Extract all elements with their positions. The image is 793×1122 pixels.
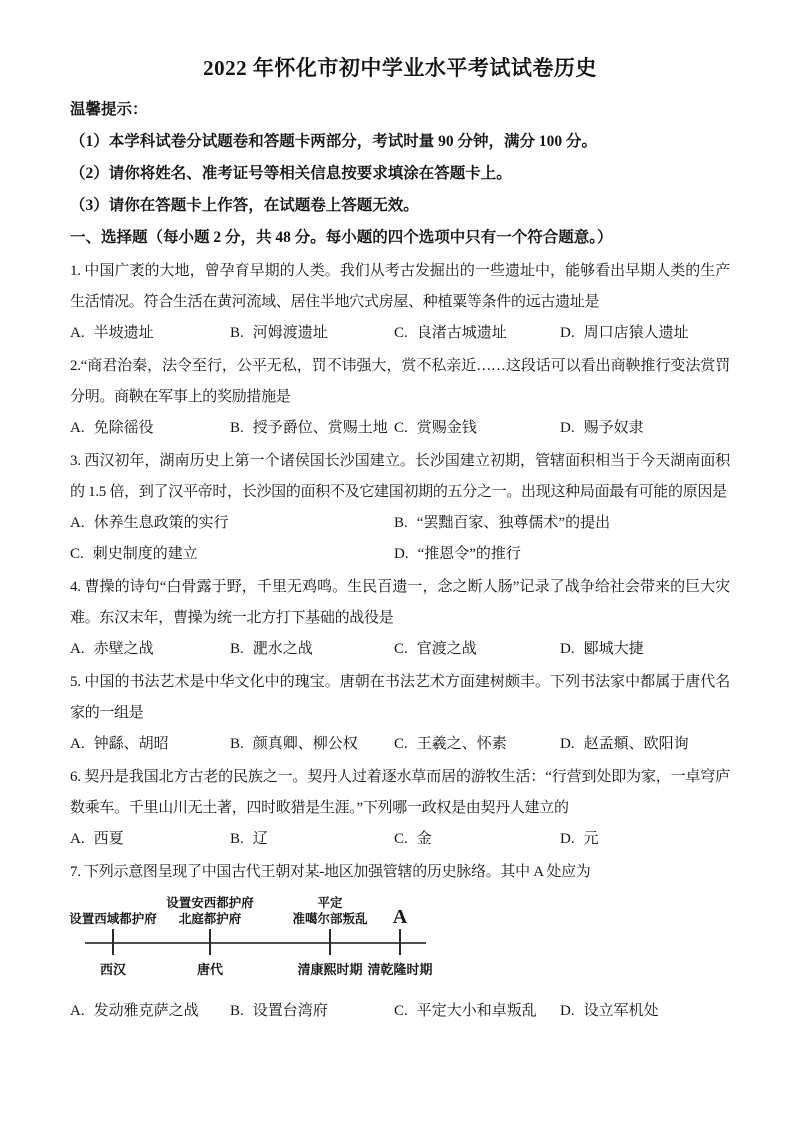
option: A.钟繇、胡昭 [70,729,230,760]
option-text: 河姆渡遗址 [253,318,328,349]
option-label: C. [394,824,408,855]
timeline-top-label: 平定 准噶尔部叛乱 [292,895,367,927]
option: A.西夏 [70,824,230,855]
option-label: B. [230,634,244,665]
notice-item-3: （3）请你在答题卡上作答，在试题卷上答题无效。 [70,190,730,222]
timeline-top-label-line: 平定 [292,895,367,911]
option-label: A. [70,318,85,349]
option-text: 王羲之、怀素 [417,729,507,760]
option-text: 免除徭役 [94,413,154,444]
option-label: B. [230,996,244,1027]
option-text: 辽 [253,824,268,855]
timeline-diagram: 设置西域都护府 设置安西都护府 北庭都护府 平定 准噶尔部叛乱 A 西汉 唐代 … [70,891,730,996]
option-label: B. [230,318,244,349]
question-stem: 7. 下列示意图呈现了中国古代王朝对某-地区加强管辖的历史脉络。其中 A 处应为 [70,857,730,888]
option-text: 赤壁之战 [94,634,154,665]
question-block-1: 1. 中国广袤的大地，曾孕育早期的人类。我们从考古发掘出的一些遗址中，能够看出早… [70,256,730,349]
question-stem: 6. 契丹是我国北方古老的民族之一。契丹人过着逐水草而居的游牧生活：“行营到处即… [70,762,730,824]
option: A.休养生息政策的实行 [70,508,394,539]
option: C.平定大小和卓叛乱 [394,996,560,1027]
option-text: 赐予奴隶 [584,413,644,444]
option: B.设置台湾府 [230,996,394,1027]
option-text: 淝水之战 [253,634,313,665]
options-row: A.休养生息政策的实行 B.“罢黜百家、独尊儒术”的提出 [70,508,730,539]
option-text: 设置台湾府 [253,996,328,1027]
option-text: 刺史制度的建立 [93,539,198,570]
option-label: B. [230,413,244,444]
option-label: C. [394,729,408,760]
option: D.设立军机处 [560,996,730,1027]
option-label: D. [560,634,575,665]
question-block-3: 3. 西汉初年，湖南历史上第一个诸侯国长沙国建立。长沙国建立初期，管辖面积相当于… [70,446,730,570]
question-stem: 1. 中国广袤的大地，曾孕育早期的人类。我们从考古发掘出的一些遗址中，能够看出早… [70,256,730,318]
timeline-tick [329,929,331,955]
notice-item-2: （2）请你将姓名、准考证号等相关信息按要求填涂在答题卡上。 [70,158,730,190]
options-row: A.钟繇、胡昭 B.颜真卿、柳公权 C.王羲之、怀素 D.赵孟頫、欧阳询 [70,729,730,760]
option: D.“推恩令”的推行 [394,539,730,570]
options-row: A.半坡遗址 B.河姆渡遗址 C.良渚古城遗址 D.周口店猿人遗址 [70,318,730,349]
question-block-5: 5. 中国的书法艺术是中华文化中的瑰宝。唐朝在书法艺术方面建树颇丰。下列书法家中… [70,667,730,760]
option: C.赏赐金钱 [394,413,560,444]
option: D.周口店猿人遗址 [560,318,730,349]
option-text: 赏赐金钱 [417,413,477,444]
timeline-top-label-line: 设置安西都护府 [166,895,254,911]
option-label: D. [560,996,575,1027]
option: D.郾城大捷 [560,634,730,665]
option-label: D. [560,318,575,349]
timeline-top-label: 设置西域都护府 [69,911,157,927]
option-label: B. [230,824,244,855]
option-text: 金 [417,824,432,855]
option-text: 颜真卿、柳公权 [253,729,358,760]
option-text: “罢黜百家、独尊儒术”的提出 [417,508,610,539]
option-text: 休养生息政策的实行 [94,508,229,539]
question-block-4: 4. 曹操的诗句“白骨露于野，千里无鸡鸣。生民百遗一，念之断人肠”记录了战争给社… [70,572,730,665]
timeline-axis-line [85,942,426,944]
exam-paper-page: 2022 年怀化市初中学业水平考试试卷历史 温馨提示： （1）本学科试卷分试题卷… [0,0,793,1122]
option-text: 半坡遗址 [94,318,154,349]
option-text: 郾城大捷 [584,634,644,665]
option-label: B. [230,729,244,760]
options-row: A.西夏 B.辽 C.金 D.元 [70,824,730,855]
question-block-2: 2.“商君治秦，法令至行，公平无私，罚不讳强大，赏不私亲近……这段话可以看出商鞅… [70,351,730,444]
option: A.赤壁之战 [70,634,230,665]
section-heading: 一、选择题（每小题 2 分，共 48 分。每小题的四个选项中只有一个符合题意。） [70,222,730,254]
option: C.官渡之战 [394,634,560,665]
timeline-period-label: 唐代 [197,959,223,978]
option-label: A. [70,508,85,539]
option-text: 良渚古城遗址 [417,318,507,349]
option-text: 官渡之战 [417,634,477,665]
timeline-tick [209,929,211,955]
question-stem: 2.“商君治秦，法令至行，公平无私，罚不讳强大，赏不私亲近……这段话可以看出商鞅… [70,351,730,413]
option-label: D. [560,824,575,855]
notice-item-1: （1）本学科试卷分试题卷和答题卡两部分，考试时量 90 分钟，满分 100 分。 [70,126,730,158]
option: B.授予爵位、赏赐土地 [230,413,394,444]
notice-block: 温馨提示： （1）本学科试卷分试题卷和答题卡两部分，考试时量 90 分钟，满分 … [70,94,730,222]
options-row: A.免除徭役 B.授予爵位、赏赐土地 C.赏赐金钱 D.赐予奴隶 [70,413,730,444]
option: B.颜真卿、柳公权 [230,729,394,760]
option: B.河姆渡遗址 [230,318,394,349]
option: A.半坡遗址 [70,318,230,349]
option-label: A. [70,824,85,855]
timeline-period-label: 清乾隆时期 [367,959,432,978]
option-label: C. [394,996,408,1027]
option-text: 钟繇、胡昭 [94,729,169,760]
option-label: B. [394,508,408,539]
timeline-period-label: 清康熙时期 [297,959,362,978]
option-label: C. [70,539,84,570]
option-text: 平定大小和卓叛乱 [417,996,537,1027]
option-label: A. [70,996,85,1027]
option: A.免除徭役 [70,413,230,444]
timeline-top-label-line: 准噶尔部叛乱 [292,911,367,927]
option: B.辽 [230,824,394,855]
timeline-top-label-line: 北庭都护府 [166,911,254,927]
option: D.赵孟頫、欧阳询 [560,729,730,760]
page-title: 2022 年怀化市初中学业水平考试试卷历史 [70,54,730,82]
option-label: D. [394,539,409,570]
timeline-tick [112,929,114,955]
option-label: D. [560,413,575,444]
option-text: 设立军机处 [584,996,659,1027]
notice-heading: 温馨提示： [70,94,730,126]
option-label: C. [394,634,408,665]
timeline-top-label-line: 设置西域都护府 [69,911,157,927]
option-text: 元 [584,824,599,855]
options-row: C.刺史制度的建立 D.“推恩令”的推行 [70,539,730,570]
option-text: 赵孟頫、欧阳询 [584,729,689,760]
option: B.淝水之战 [230,634,394,665]
option-text: 西夏 [94,824,124,855]
option-text: 发动雅克萨之战 [94,996,199,1027]
question-stem: 5. 中国的书法艺术是中华文化中的瑰宝。唐朝在书法艺术方面建树颇丰。下列书法家中… [70,667,730,729]
question-stem: 4. 曹操的诗句“白骨露于野，千里无鸡鸣。生民百遗一，念之断人肠”记录了战争给社… [70,572,730,634]
option-label: C. [394,413,408,444]
options-row: A.发动雅克萨之战 B.设置台湾府 C.平定大小和卓叛乱 D.设立军机处 [70,996,730,1027]
option: D.元 [560,824,730,855]
option-label: D. [560,729,575,760]
option-text: “推恩令”的推行 [418,539,521,570]
timeline-top-label-line: A [393,906,407,928]
option: C.良渚古城遗址 [394,318,560,349]
question-block-7: 7. 下列示意图呈现了中国古代王朝对某-地区加强管辖的历史脉络。其中 A 处应为… [70,857,730,1027]
timeline-period-label: 西汉 [100,959,126,978]
question-stem: 3. 西汉初年，湖南历史上第一个诸侯国长沙国建立。长沙国建立初期，管辖面积相当于… [70,446,730,508]
option-label: A. [70,413,85,444]
option-label: A. [70,729,85,760]
options-row: A.赤壁之战 B.淝水之战 C.官渡之战 D.郾城大捷 [70,634,730,665]
timeline-tick [399,929,401,955]
option-text: 授予爵位、赏赐土地 [253,413,388,444]
timeline-a-marker: A [393,906,407,928]
option: B.“罢黜百家、独尊儒术”的提出 [394,508,730,539]
option-label: C. [394,318,408,349]
timeline-top-label: 设置安西都护府 北庭都护府 [166,895,254,927]
option: D.赐予奴隶 [560,413,730,444]
option-text: 周口店猿人遗址 [584,318,689,349]
option-label: A. [70,634,85,665]
question-block-6: 6. 契丹是我国北方古老的民族之一。契丹人过着逐水草而居的游牧生活：“行营到处即… [70,762,730,855]
option: C.刺史制度的建立 [70,539,394,570]
option: A.发动雅克萨之战 [70,996,230,1027]
option: C.王羲之、怀素 [394,729,560,760]
option: C.金 [394,824,560,855]
